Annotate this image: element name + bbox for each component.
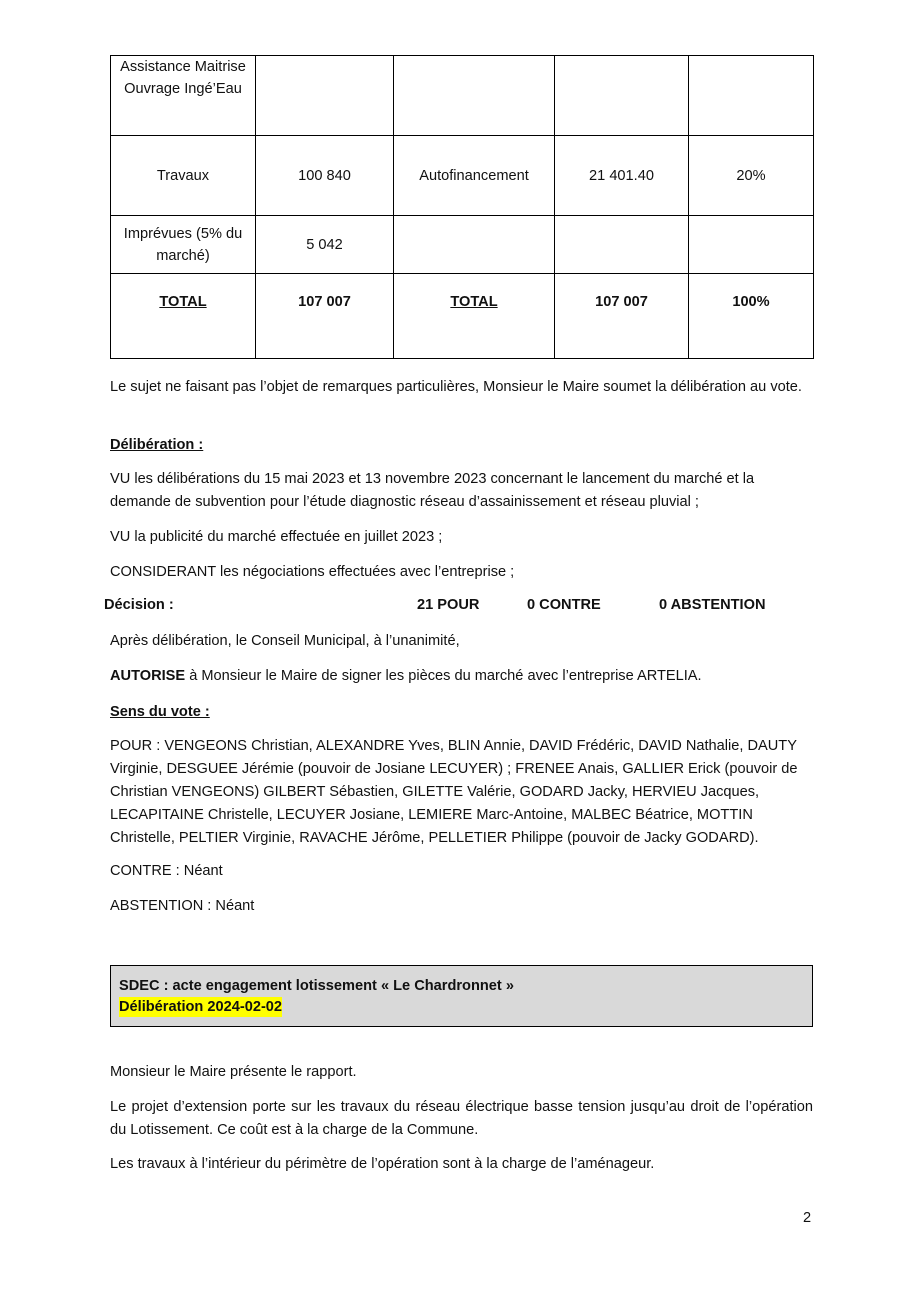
paragraph-projet-extension: Le projet d’extension porte sur les trav… [110,1096,813,1142]
table-cell: 107 007 [555,274,689,359]
table-row: Imprévues (5% du marché) 5 042 [111,216,814,274]
table-cell: 107 007 [256,274,394,359]
paragraph-rapport: Monsieur le Maire présente le rapport. [110,1061,813,1084]
table-row: Travaux 100 840 Autofinancement 21 401.4… [111,136,814,216]
table-cell: 20% [689,136,814,216]
deliberation-heading: Délibération : [110,434,203,457]
table-cell: 100% [689,274,814,359]
sdec-deliberation-reference: Délibération 2024-02-02 [119,997,282,1017]
table-cell: 100 840 [256,136,394,216]
table-cell [555,56,689,136]
budget-table: Assistance Maitrise Ouvrage Ingé’Eau Tra… [110,55,814,359]
page-number: 2 [803,1210,811,1226]
vote-pour-list: POUR : VENGEONS Christian, ALEXANDRE Yve… [110,735,813,850]
sdec-section-header: SDEC : acte engagement lotissement « Le … [110,965,813,1027]
decision-abstention: 0 ABSTENTION [659,597,766,613]
table-cell: 5 042 [256,216,394,274]
table-cell: Imprévues (5% du marché) [111,216,256,274]
table-cell [394,216,555,274]
table-cell [256,56,394,136]
table-cell [394,56,555,136]
table-cell: Travaux [111,136,256,216]
paragraph-vu-publicite: VU la publicité du marché effectuée en j… [110,526,813,549]
sens-du-vote-heading: Sens du vote : [110,701,210,724]
paragraph-apres-deliberation: Après délibération, le Conseil Municipal… [110,630,813,653]
decision-line: Décision : 21 POUR 0 CONTRE 0 ABSTENTION [104,597,824,617]
table-cell [689,216,814,274]
paragraph-sujet: Le sujet ne faisant pas l’objet de remar… [110,376,813,399]
decision-pour: 21 POUR [417,597,479,613]
autorise-keyword: AUTORISE [110,668,185,684]
decision-label: Décision : [104,597,174,613]
paragraph-vu-deliberations: VU les délibérations du 15 mai 2023 et 1… [110,468,813,514]
decision-contre: 0 CONTRE [527,597,601,613]
paragraph-autorise: AUTORISE à Monsieur le Maire de signer l… [110,665,813,688]
sdec-title: SDEC : acte engagement lotissement « Le … [119,975,514,997]
autorise-text: à Monsieur le Maire de signer les pièces… [185,668,701,684]
vote-abstention-list: ABSTENTION : Néant [110,895,813,918]
paragraph-considerant: CONSIDERANT les négociations effectuées … [110,561,813,584]
table-total-row: TOTAL 107 007 TOTAL 107 007 100% [111,274,814,359]
table-cell: Autofinancement [394,136,555,216]
table-cell [689,56,814,136]
paragraph-travaux-interieur: Les travaux à l’intérieur du périmètre d… [110,1153,813,1176]
table-cell: TOTAL [111,274,256,359]
table-row: Assistance Maitrise Ouvrage Ingé’Eau [111,56,814,136]
vote-contre-list: CONTRE : Néant [110,860,813,883]
table-cell: TOTAL [394,274,555,359]
table-cell [555,216,689,274]
table-cell: Assistance Maitrise Ouvrage Ingé’Eau [111,56,256,136]
document-page: Assistance Maitrise Ouvrage Ingé’Eau Tra… [0,0,923,1306]
table-cell: 21 401.40 [555,136,689,216]
